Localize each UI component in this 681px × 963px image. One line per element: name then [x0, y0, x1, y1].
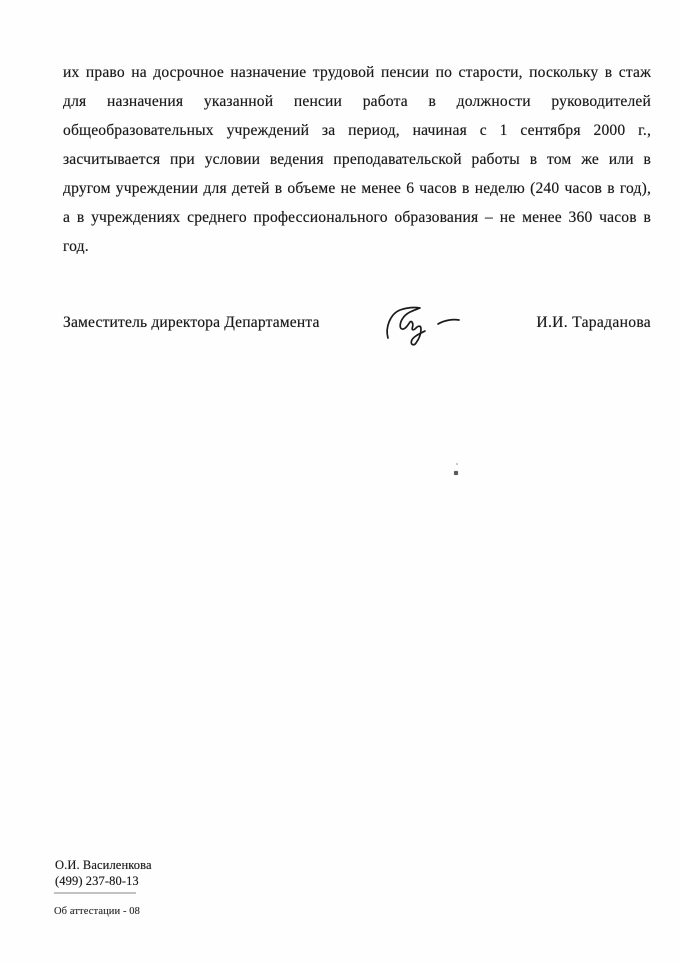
signer-name: И.И. Тараданова — [536, 308, 651, 337]
paragraph-line: засчитывается при условии ведения препод… — [63, 145, 651, 174]
footer-divider — [54, 892, 136, 894]
executor-phone: (499) 237-80-13 — [55, 874, 152, 890]
executor-name: О.И. Василенкова — [55, 858, 152, 874]
paragraph-line: год. — [63, 232, 651, 261]
file-reference-label: Об аттестации - 08 — [54, 905, 140, 918]
scan-speck-faint — [456, 463, 458, 465]
handwritten-signature-icon — [375, 298, 475, 353]
paragraph-line: а в учреждениях среднего профессионально… — [63, 203, 651, 232]
signer-position-label: Заместитель директора Департамента — [63, 308, 320, 337]
document-page: их право на досрочное назначение трудово… — [0, 0, 681, 963]
paragraph-line: их право на досрочное назначение трудово… — [63, 58, 651, 87]
paragraph-line: общеобразовательных учреждений за период… — [63, 116, 651, 145]
scan-speck — [454, 471, 458, 475]
main-paragraph: их право на досрочное назначение трудово… — [63, 58, 651, 261]
signature-block: Заместитель директора Департамента И.И. … — [63, 308, 651, 337]
executor-block: О.И. Василенкова (499) 237-80-13 — [55, 858, 152, 889]
paragraph-line: для назначения указанной пенсии работа в… — [63, 87, 651, 116]
paragraph-line: другом учреждении для детей в объеме не … — [63, 174, 651, 203]
